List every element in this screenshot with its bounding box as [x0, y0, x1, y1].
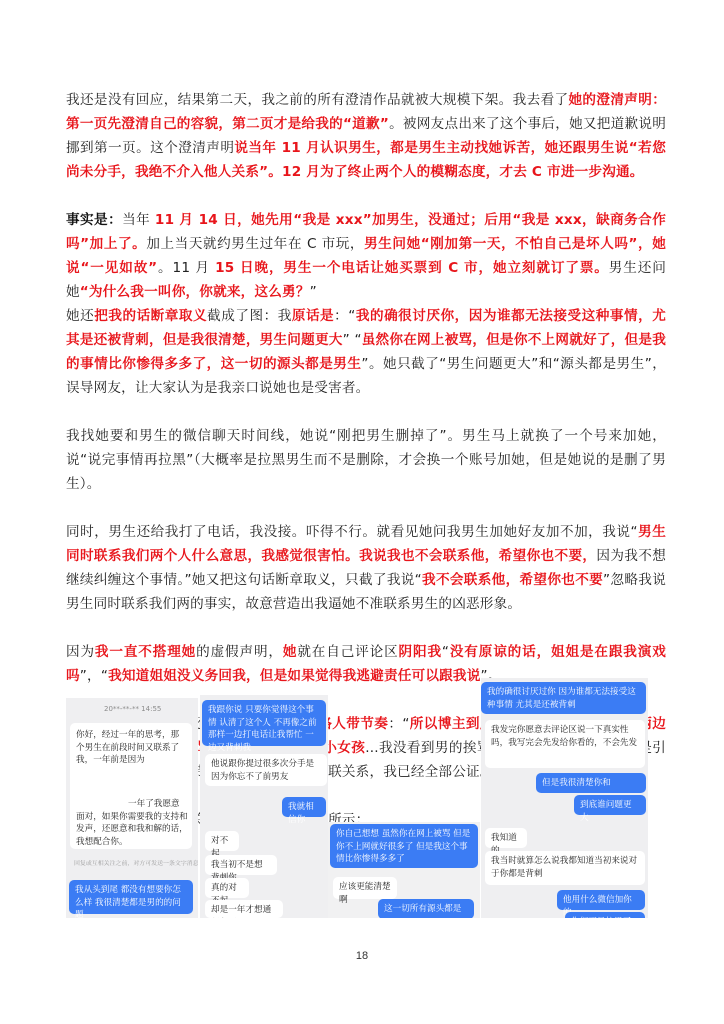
chat-bubble-incoming: 你好，经过一年的思考，那个男生在前段时间又联系了我，一年前是因为 一年了我愿意面…	[70, 723, 192, 849]
paragraph: 她还把我的话断章取义截成了图：我原话是：“我的确很讨厌你，因为谁都无法接受这种事…	[66, 304, 666, 400]
text-run: 加上当天就约男生过年在 C 市玩，	[146, 236, 364, 252]
chat-bubble-outgoing: 我的确很讨厌过你 因为谁都无法接受这种事情 尤其是还被背刺	[481, 682, 646, 714]
text-run: ：“	[388, 716, 409, 732]
text-run: 。11 月	[157, 260, 215, 276]
text-run: ：“	[334, 308, 355, 324]
chat-bubble-outgoing: 到底谁问题更大	[574, 795, 646, 815]
chat-bubble-outgoing: 你自己想想 虽然你在网上被骂 但是你不上网就好很多了 但是我这个事情比你惨得多多…	[330, 824, 478, 868]
document-page: 我还是没有回应，结果第二天，我之前的所有澄清作品就被大规模下架。我去看了她的澄清…	[0, 0, 724, 1024]
paragraph: 我还是没有回应，结果第二天，我之前的所有澄清作品就被大规模下架。我去看了她的澄清…	[66, 88, 666, 184]
highlighted-text: 把我的话断章取义	[94, 308, 207, 324]
chat-screenshot-2: 我跟你说 只要你觉得这个事情 认清了这个人 不再像之前那样一边打电话让我帮忙 一…	[200, 695, 328, 918]
chat-bubble-incoming: 应该更能清楚啊	[333, 877, 397, 899]
paragraph: 同时，男生还给我打了电话，我没接。吓得不行。就看见她问我男生加她好友加不加，我说…	[66, 520, 666, 616]
chat-screenshot-3: 你自己想想 虽然你在网上被骂 但是你不上网就好很多了 但是我这个事情比你惨得多多…	[328, 822, 480, 918]
text-run: 事实是：	[66, 212, 122, 228]
chat-screenshot-4: 我的确很讨厌过你 因为谁都无法接受这种事情 尤其是还被背刺 我发完你愿意去评论区…	[481, 678, 648, 918]
chat-bubble-outgoing: 你们不是拉黑了吗	[565, 912, 645, 918]
highlighted-text: 我知道姐姐没义务回我，但是如果觉得我逃避责任可以跟我说	[108, 668, 480, 684]
highlighted-text: 原话是	[292, 308, 334, 324]
text-run: 我找她要和男生的微信聊天时间线，她说“刚把男生删掉了”。男生马上就换了一个号来加…	[66, 428, 666, 492]
chat-bubble-incoming: 我发完你愿意去评论区说一下真实性吗，我写完会先发给你看的，不会先发	[485, 720, 645, 768]
chat-bubble-outgoing: 但是我很清楚你和	[536, 773, 646, 793]
text-run: 当年	[122, 212, 155, 228]
text-run: 截成了图：我	[207, 308, 292, 324]
chat-bubble-incoming: 我知道的	[485, 828, 527, 848]
text-run: ”，“	[80, 668, 108, 684]
chat-system-note: 回复或互相关注之前，对方可发送一条文字消息	[74, 858, 198, 867]
chat-bubble-outgoing: 我从头到尾 都没有想要你怎么样 我很清楚都是男的的问题	[69, 880, 193, 914]
chat-bubble-outgoing: 这一切所有源头都是	[378, 899, 474, 918]
chat-bubble-incoming: 我当时就算怎么说我都知道当初来说对于你都是背刺	[485, 851, 645, 885]
chat-message: 你好，经过一年的思考，那个男生在前段时间又联系了我，一年前是因为	[76, 727, 186, 767]
chat-bubble-outgoing: 他用什么微信加你的	[557, 890, 645, 910]
text-run: 因为	[66, 644, 95, 660]
paragraph: 我找她要和男生的微信聊天时间线，她说“刚把男生删掉了”。男生马上就换了一个号来加…	[66, 424, 666, 496]
text-run: 就在自己评论区	[297, 644, 398, 660]
chat-bubble-incoming: 我当初不是想背刺你	[205, 855, 277, 875]
text-run: 我还是没有回应，结果第二天，我之前的所有澄清作品就被大规模下架。我去看了	[66, 92, 568, 108]
chat-bubble-outgoing: 我跟你说 只要你觉得这个事情 认清了这个人 不再像之前那样一边打电话让我帮忙 一…	[202, 700, 326, 746]
highlighted-text: 阴阳我	[399, 644, 442, 660]
text-run: ” “	[343, 332, 362, 348]
paragraph: 事实是：当年 11 月 14 日，她先用“我是 xxx”加男生，没通过；后用“我…	[66, 208, 666, 304]
chat-screenshot-1: 20**-**-** 14:55 你好，经过一年的思考，那个男生在前段时间又联系…	[66, 698, 198, 918]
highlighted-text: “为什么我一叫你，你就来，这么勇？	[80, 284, 310, 300]
highlighted-text: 15 日晚，男生一个电话让她买票到 C 市，她立刻就订了票。	[215, 260, 609, 276]
highlighted-text: 我不会联系他，希望你也不要	[422, 572, 603, 588]
page-number: 18	[0, 950, 724, 962]
chat-bubble-incoming: 却是一年才想通很久了	[205, 900, 283, 918]
text-run: 同时，男生还给我打了电话，我没接。吓得不行。就看见她问我男生加她好友加不加，我说…	[66, 524, 638, 540]
text-run: 的虚假声明，	[196, 644, 283, 660]
text-run: 她还	[66, 308, 94, 324]
chat-message: 一年了我愿意面对，如果你需要我的支持和发声，还愿意和我和解的话，我想配合你。	[76, 798, 188, 848]
text-run: ”	[310, 284, 317, 300]
chat-bubble-incoming: 对不起	[205, 831, 239, 851]
chat-bubble-outgoing: 我就相信你	[282, 797, 326, 817]
chat-bubble-incoming: 真的对不起	[205, 878, 249, 898]
chat-timestamp: 20**-**-** 14:55	[104, 705, 161, 713]
highlighted-text: 我一直不搭理她	[95, 644, 196, 660]
chat-bubble-incoming: 他说跟你提过很多次分手是因为你忘不了前男友	[205, 754, 327, 786]
highlighted-text: 她	[283, 644, 297, 660]
